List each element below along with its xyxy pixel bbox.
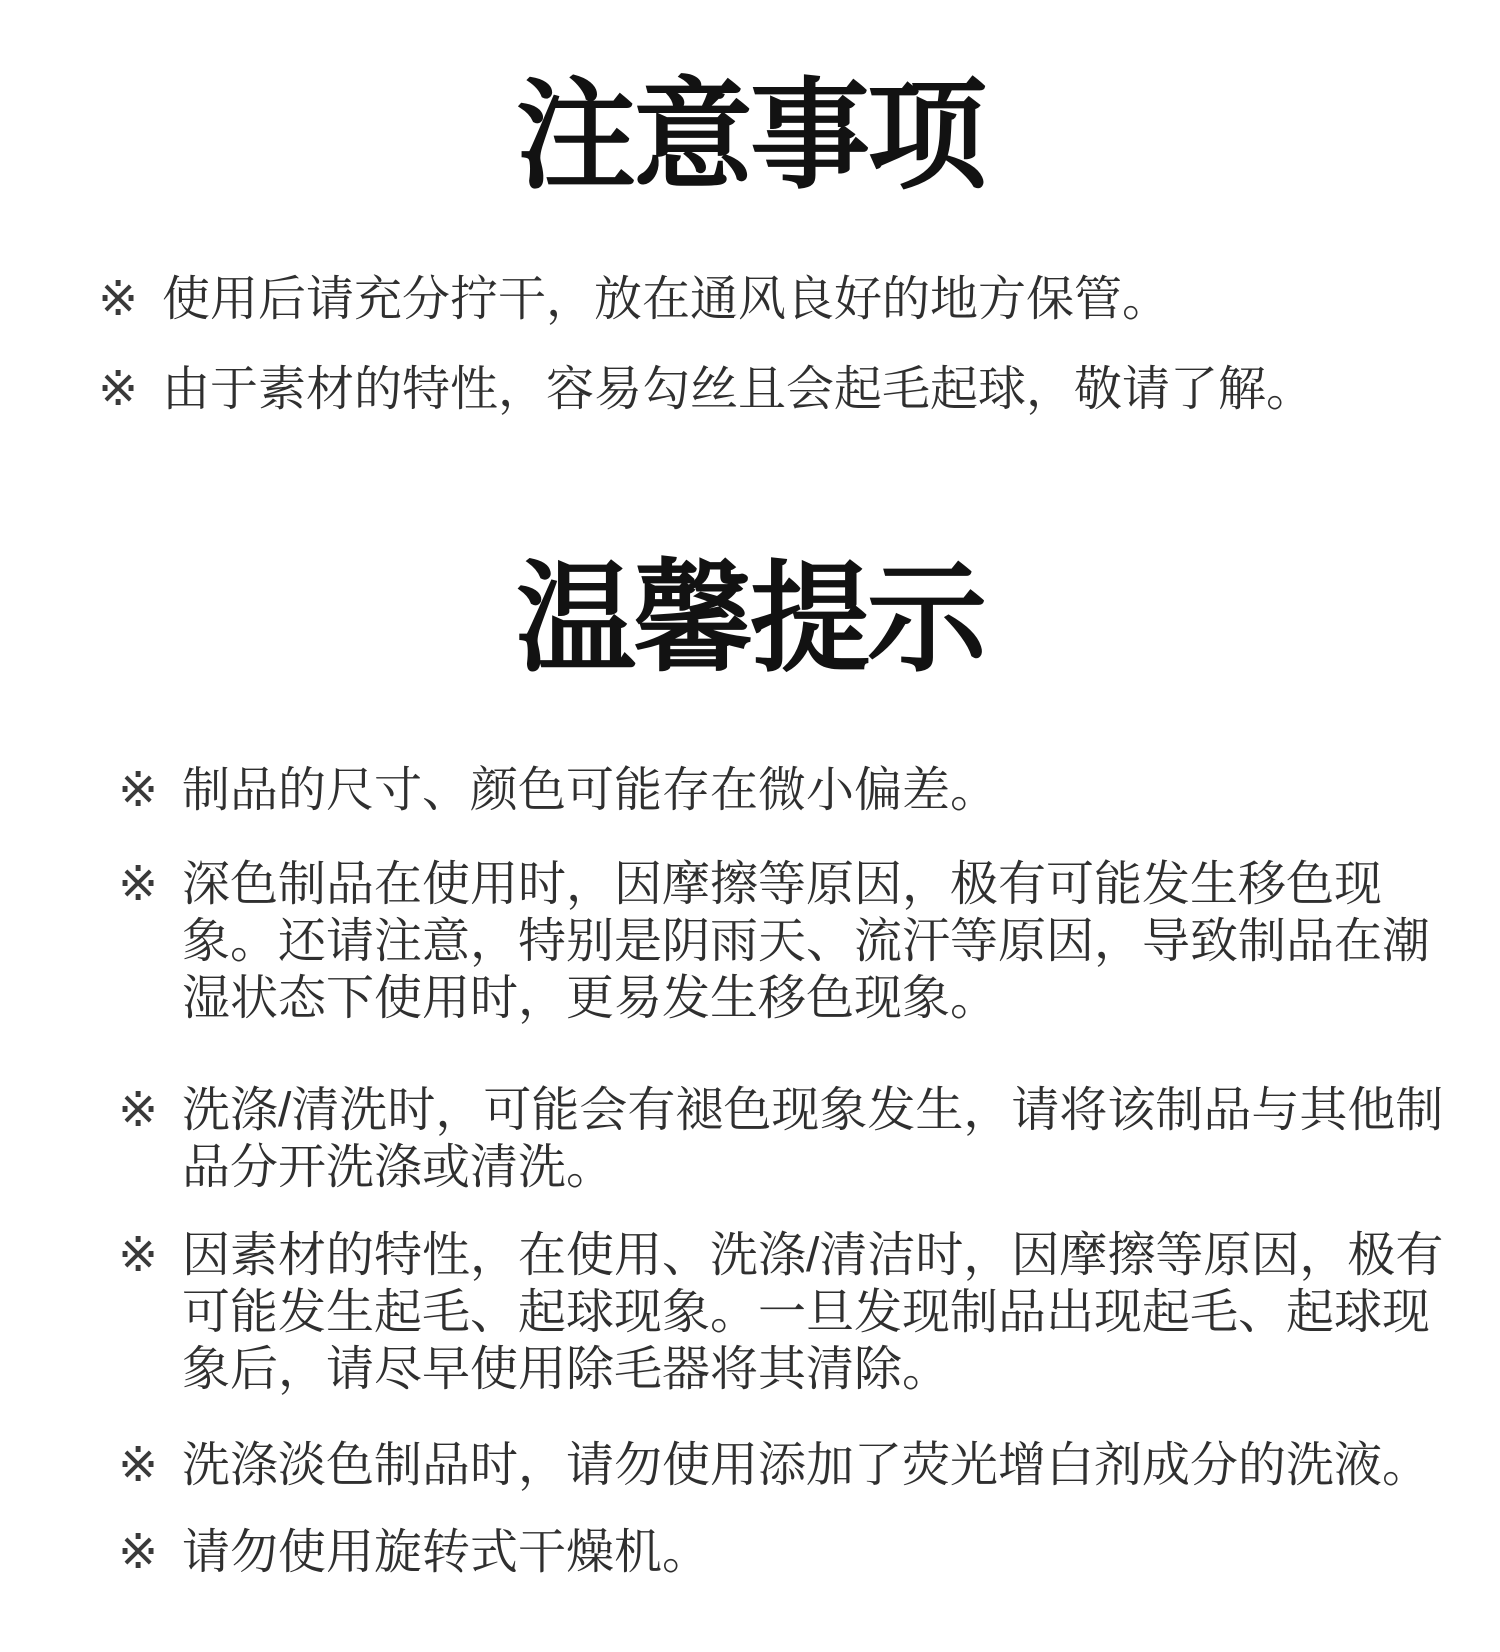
care-instructions-page: 注意事项 ※ 使用后请充分拧干，放在通风良好的地方保管。 ※ 由于素材的特性，容… [0,0,1500,1652]
tip-item: ※ 请勿使用旋转式干燥机。 [118,1524,1460,1581]
tip-item: ※ 洗涤/清洗时，可能会有褪色现象发生，请将该制品与其他制 品分开洗涤或清洗。 [118,1082,1460,1196]
tip-item-text: 制品的尺寸、颜色可能存在微小偏差。 [182,762,1460,819]
tip-item-text: 请勿使用旋转式干燥机。 [182,1524,1460,1581]
tips-list: ※ 制品的尺寸、颜色可能存在微小偏差。 ※ 深色制品在使用时，因摩擦等原因，极有… [0,762,1500,1581]
notice-item-text: 由于素材的特性，容易勾丝且会起毛起球，敬请了解。 [162,361,1460,418]
notice-item-text: 使用后请充分拧干，放在通风良好的地方保管。 [162,271,1460,328]
notice-item: ※ 由于素材的特性，容易勾丝且会起毛起球，敬请了解。 [98,361,1460,418]
reference-mark-icon: ※ [118,856,182,913]
tip-item-text: 因素材的特性，在使用、洗涤/清洁时，因摩擦等原因，极有 可能发生起毛、起球现象。… [182,1227,1460,1398]
reference-mark-icon: ※ [118,762,182,819]
reference-mark-icon: ※ [98,271,162,328]
tip-item-text: 洗涤/清洗时，可能会有褪色现象发生，请将该制品与其他制 品分开洗涤或清洗。 [182,1082,1460,1196]
tip-item: ※ 洗涤淡色制品时，请勿使用添加了荧光增白剂成分的洗液。 [118,1437,1460,1494]
reference-mark-icon: ※ [118,1437,182,1494]
tip-item: ※ 因素材的特性，在使用、洗涤/清洁时，因摩擦等原因，极有 可能发生起毛、起球现… [118,1227,1460,1398]
reference-mark-icon: ※ [98,361,162,418]
reference-mark-icon: ※ [118,1082,182,1139]
tip-item: ※ 制品的尺寸、颜色可能存在微小偏差。 [118,762,1460,819]
section-title-tips: 温馨提示 [0,549,1500,689]
notice-item: ※ 使用后请充分拧干，放在通风良好的地方保管。 [98,271,1460,328]
reference-mark-icon: ※ [118,1227,182,1284]
tip-item-text: 洗涤淡色制品时，请勿使用添加了荧光增白剂成分的洗液。 [182,1437,1460,1494]
reference-mark-icon: ※ [118,1524,182,1581]
tip-item-text: 深色制品在使用时，因摩擦等原因，极有可能发生移色现 象。还请注意，特别是阴雨天、… [182,856,1460,1027]
section-title-notices: 注意事项 [0,66,1500,206]
tip-item: ※ 深色制品在使用时，因摩擦等原因，极有可能发生移色现 象。还请注意，特别是阴雨… [118,856,1460,1027]
notices-list: ※ 使用后请充分拧干，放在通风良好的地方保管。 ※ 由于素材的特性，容易勾丝且会… [0,271,1500,418]
